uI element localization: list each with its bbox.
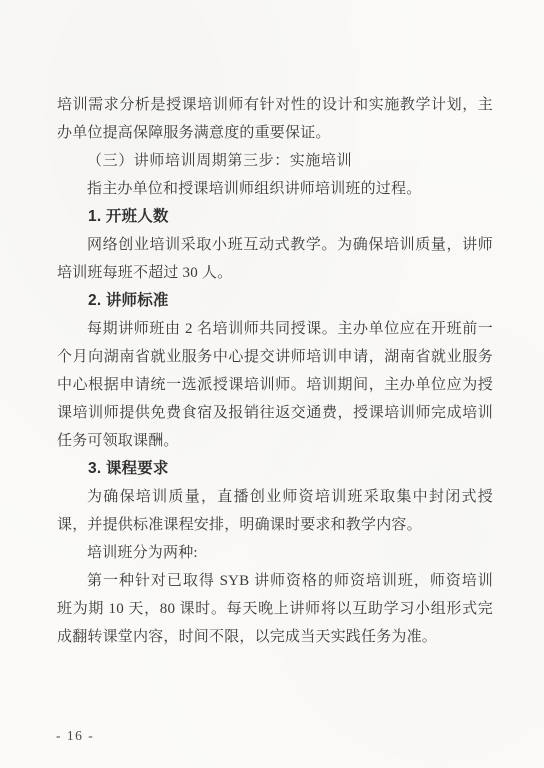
- paragraph-line: 成翻转课堂内容，时间不限，以完成当天实践任务为准。: [57, 623, 493, 651]
- paragraph-line: 任务可领取课酬。: [57, 427, 493, 455]
- page-number: - 16 -: [56, 727, 94, 745]
- paragraph-line: 为确保培训质量，直播创业师资培训班采取集中封闭式授: [57, 483, 493, 511]
- paragraph-line: 中心根据申请统一选派授课培训师。培训期间，主办单位应为授: [57, 371, 493, 399]
- heading-3-course-requirements: 3. 课程要求: [57, 455, 493, 483]
- heading-step-3: （三）讲师培训周期第三步：实施培训: [57, 147, 493, 175]
- paragraph-line: 培训班分为两种:: [57, 539, 493, 567]
- paragraph-line: 培训需求分析是授课培训师有针对性的设计和实施教学计划，主: [57, 91, 493, 119]
- paragraph-line: 个月向湖南省就业服务中心提交讲师培训申请，湖南省就业服务: [57, 343, 493, 371]
- document-body: 培训需求分析是授课培训师有针对性的设计和实施教学计划，主 办单位提高保障服务满意…: [57, 91, 493, 651]
- paragraph-line: 培训班每班不超过 30 人。: [57, 259, 493, 287]
- heading-2-trainer-standard: 2. 讲师标准: [57, 287, 493, 315]
- document-page: 培训需求分析是授课培训师有针对性的设计和实施教学计划，主 办单位提高保障服务满意…: [0, 0, 544, 768]
- paragraph-line: 课，并提供标准课程安排，明确课时要求和教学内容。: [57, 511, 493, 539]
- paragraph-line: 指主办单位和授课培训师组织讲师培训班的过程。: [57, 175, 493, 203]
- paragraph-line: 办单位提高保障服务满意度的重要保证。: [57, 119, 493, 147]
- heading-1-class-size: 1. 开班人数: [57, 203, 493, 231]
- paragraph-line: 课培训师提供免费食宿及报销往返交通费，授课培训师完成培训: [57, 399, 493, 427]
- paragraph-line: 网络创业培训采取小班互动式教学。为确保培训质量，讲师: [57, 231, 493, 259]
- paragraph-line: 班为期 10 天，80 课时。每天晚上讲师将以互助学习小组形式完: [57, 595, 493, 623]
- paragraph-line: 第一种针对已取得 SYB 讲师资格的师资培训班，师资培训: [57, 567, 493, 595]
- paragraph-line: 每期讲师班由 2 名培训师共同授课。主办单位应在开班前一: [57, 315, 493, 343]
